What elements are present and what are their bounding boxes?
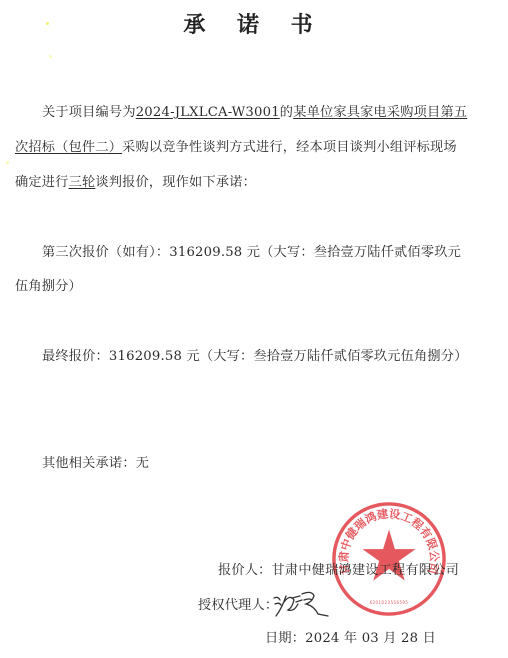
- other-commitments: 其他相关承诺：无: [42, 452, 149, 471]
- intro-prefix: 关于项目编号为: [42, 105, 136, 120]
- bidder-line: 报价人：甘肃中健瑞鸿建设工程有限公司: [218, 559, 459, 578]
- intro-line-3: 确定进行三轮谈判报价，现作如下承诺：: [15, 171, 256, 190]
- project-name-part2: 次招标（包件二）: [15, 140, 122, 155]
- scan-speck: [6, 161, 9, 164]
- intro-line-1: 关于项目编号为2024-JLXLCA-W3001的某单位家具家电采购项目第五: [42, 101, 467, 120]
- project-name-part1: 某单位家具家电采购项目第五: [293, 105, 467, 120]
- project-code: 2024-JLXLCA-W3001: [136, 105, 280, 120]
- intro-mid: 的: [280, 105, 293, 120]
- third-quote-line-1: 第三次报价（如有）：316209.58 元（大写：叁拾壹万陆仟贰佰零玖元: [42, 241, 461, 260]
- handwritten-signature: [272, 588, 330, 618]
- page-title: 承 诺 书: [0, 8, 508, 39]
- third-quote-line-2: 伍角捌分）: [15, 275, 82, 294]
- authorized-agent-label: 授权代理人：: [198, 594, 278, 613]
- date-line: 日期：2024 年 03 月 28 日: [265, 627, 436, 646]
- scan-speck: [49, 55, 52, 58]
- intro-line3-prefix: 确定进行: [15, 175, 69, 190]
- rounds-count: 三轮: [69, 175, 96, 190]
- intro-line3-suffix: 谈判报价，现作如下承诺：: [95, 175, 256, 190]
- svg-text:6201023556595: 6201023556595: [370, 600, 409, 605]
- final-quote-line: 最终报价：316209.58 元（大写：叁拾壹万陆仟贰佰零玖元伍角捌分）: [42, 345, 468, 364]
- document-page: 承 诺 书 关于项目编号为2024-JLXLCA-W3001的某单位家具家电采购…: [0, 0, 508, 658]
- intro-line2-suffix: 采购以竞争性谈判方式进行，经本项目谈判小组评标现场: [122, 140, 457, 155]
- intro-line-2: 次招标（包件二）采购以竞争性谈判方式进行，经本项目谈判小组评标现场: [15, 136, 457, 155]
